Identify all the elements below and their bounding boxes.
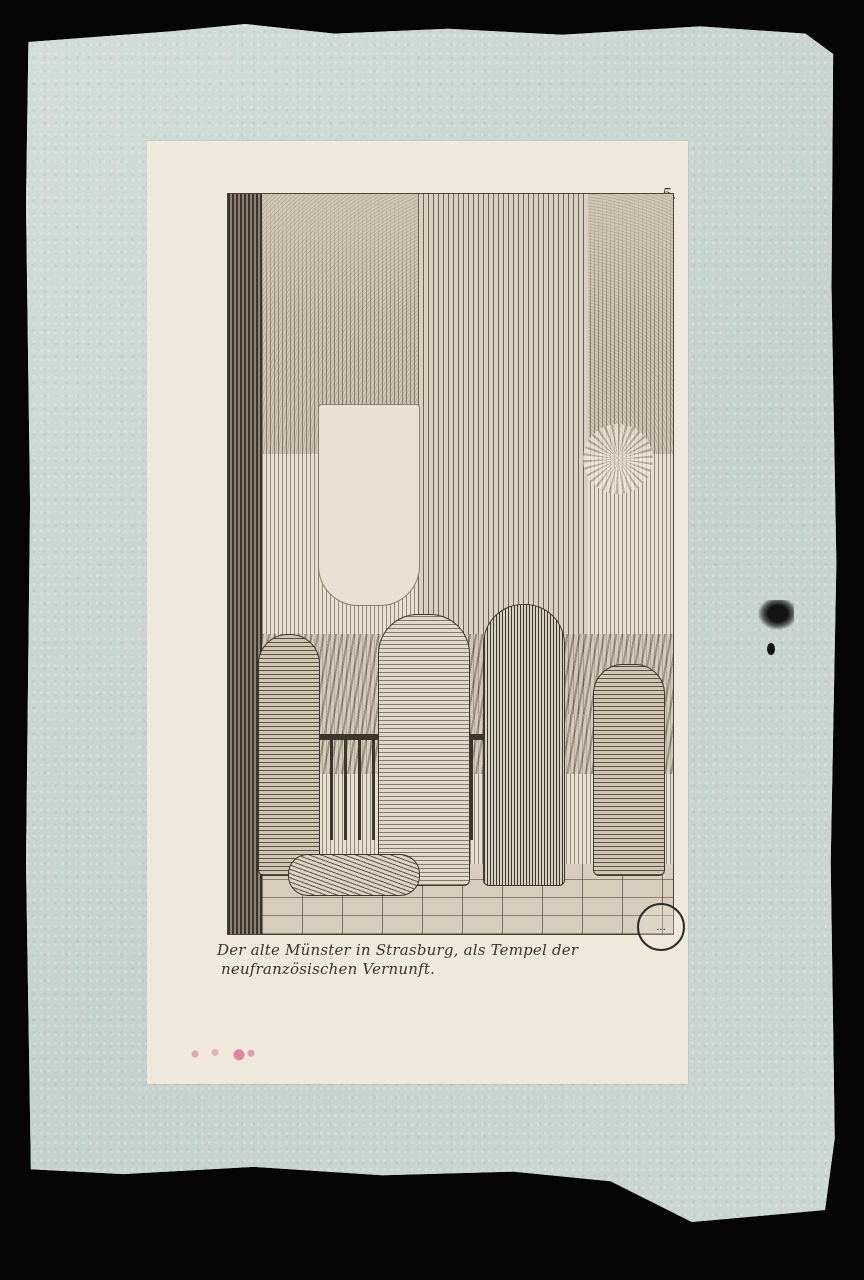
radiant-altar [583, 424, 653, 494]
pink-ink-mark [179, 1046, 259, 1062]
figure-soldiers-with-pikes [593, 664, 665, 876]
ink-stain [758, 600, 794, 630]
figure-pointed-hat [258, 634, 320, 876]
figure-soldier-right [483, 604, 565, 886]
figure-fallen [288, 854, 420, 896]
pulpit-with-preacher [318, 404, 420, 606]
figure-soldier-left [378, 614, 470, 886]
caption-line-1: Der alte Münster in Strasburg, als Tempe… [217, 941, 578, 959]
print-sheet: 5. ... Der alte Münster in Strasburg, al… [147, 141, 688, 1084]
ink-drop [767, 643, 775, 655]
left-frame-hatching [228, 194, 262, 934]
engraving-image [227, 193, 674, 935]
caption-line-2: neufranzösischen Vernunft. [217, 960, 667, 979]
collection-stamp-text: ... [656, 922, 666, 933]
engraving-caption: Der alte Münster in Strasburg, als Tempe… [217, 941, 667, 979]
